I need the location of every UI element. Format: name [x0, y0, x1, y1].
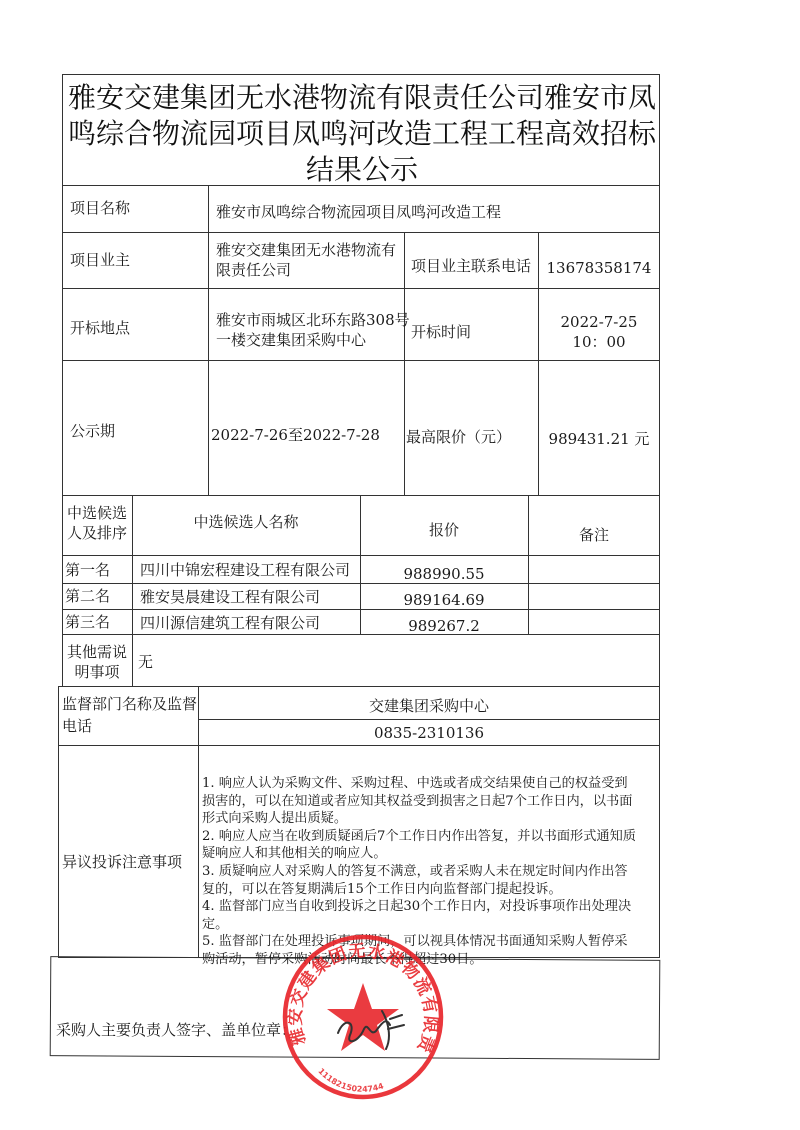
- price-cell: 988990.55: [360, 564, 528, 584]
- title-line: 雅安交建集团无水港物流有限责任公司雅安市凤: [62, 80, 662, 116]
- note-line: 形式向采购人提出质疑。: [202, 810, 662, 828]
- note-line: 疑响应人和其他相关的响应人。: [202, 845, 662, 863]
- page-title: 雅安交建集团无水港物流有限责任公司雅安市凤 鸣综合物流园项目凤鸣河改造工程工程高…: [62, 80, 662, 188]
- project-name-value: 雅安市凤鸣综合物流园项目凤鸣河改造工程: [216, 202, 501, 222]
- bid-time-line: 2022-7-25: [538, 312, 660, 332]
- note-line: 复的，可以在答复期满后15个工作日内向监督部门提起投诉。: [202, 881, 662, 899]
- col-divider: [208, 185, 209, 495]
- price-cell: 989164.69: [360, 590, 528, 610]
- owner-value-line: 限责任公司: [216, 260, 291, 280]
- other-matters-value: 无: [138, 652, 153, 672]
- candidate-name-cell: 四川源信建筑工程有限公司: [140, 613, 320, 633]
- note-line: 1. 响应人认为采购文件、采购过程、中选或者成交结果使自己的权益受到: [202, 775, 662, 793]
- supervision-label-line: 电话: [62, 716, 92, 736]
- rank-cell: 第一名: [65, 560, 110, 580]
- row-divider: [62, 360, 660, 361]
- announcement-page: 雅安交建集团无水港物流有限责任公司雅安市凤 鸣综合物流园项目凤鸣河改造工程工程高…: [0, 0, 800, 1130]
- note-line: 3. 质疑响应人对采购人的答复不满意，或者采购人未在规定时间内作出答: [202, 863, 662, 881]
- project-name-label: 项目名称: [70, 198, 130, 218]
- row-divider: [198, 719, 660, 720]
- row-divider: [62, 555, 660, 556]
- row-divider: [58, 745, 660, 746]
- rank-header-line: 中选候选: [62, 503, 132, 523]
- col-divider: [528, 495, 529, 634]
- notice-period-value: 2022-7-26至2022-7-28: [211, 425, 380, 445]
- max-price-value: 989431.21 元: [538, 429, 660, 449]
- title-line: 结果公示: [62, 152, 662, 188]
- remark-header: 备注: [528, 525, 660, 545]
- notice-period-label: 公示期: [70, 421, 115, 441]
- official-seal: 雅安交建集团无水港物流有限责任公司 1118215024744: [278, 925, 448, 1104]
- bid-location-line: 一楼交建集团采购中心: [216, 330, 366, 350]
- bid-time-line: 10：00: [538, 332, 660, 352]
- row-divider: [62, 288, 660, 289]
- supervision-label-line: 监督部门名称及监督: [62, 694, 197, 714]
- rank-cell: 第三名: [65, 612, 110, 632]
- candidate-name-header: 中选候选人名称: [132, 512, 360, 532]
- candidate-name-cell: 雅安昊晨建设工程有限公司: [140, 587, 320, 607]
- other-matters-label-line: 明事项: [62, 662, 132, 682]
- owner-phone-label: 项目业主联系电话: [411, 256, 531, 276]
- max-price-label: 最高限价（元）: [406, 427, 511, 447]
- supervision-dept: 交建集团采购中心: [198, 696, 660, 716]
- note-line: 4. 监督部门应当自收到投诉之日起30个工作日内，对投诉事项作出处理决: [202, 898, 662, 916]
- bid-location-line: 雅安市雨城区北环东路308号: [216, 310, 410, 330]
- supervision-phone: 0835-2310136: [198, 723, 660, 743]
- rank-header-line: 人及排序: [62, 523, 132, 543]
- owner-phone-value: 13678358174: [538, 258, 660, 278]
- objection-label: 异议投诉注意事项: [62, 852, 182, 872]
- other-matters-label-line: 其他需说: [62, 642, 132, 662]
- row-divider: [62, 232, 660, 233]
- title-line: 鸣综合物流园项目凤鸣河改造工程工程高效招标: [62, 116, 662, 152]
- candidate-name-cell: 四川中锦宏程建设工程有限公司: [140, 560, 350, 580]
- row-divider: [62, 495, 660, 496]
- price-header: 报价: [360, 520, 528, 540]
- note-line: 2. 响应人应当在收到质疑函后7个工作日内作出答复，并以书面形式通知质: [202, 828, 662, 846]
- owner-label: 项目业主: [70, 250, 130, 270]
- bid-location-label: 开标地点: [70, 318, 130, 338]
- owner-value-line: 雅安交建集团无水港物流有: [216, 240, 396, 260]
- bid-time-label: 开标时间: [411, 322, 471, 342]
- signature-label: 采购人主要负责人签字、盖单位章：: [56, 1020, 296, 1040]
- note-line: 损害的，可以在知道或者应知其权益受到损害之日起7个工作日内，以书面: [202, 793, 662, 811]
- col-divider: [404, 232, 405, 495]
- seal-stamp-icon: 雅安交建集团无水港物流有限责任公司 1118215024744: [278, 925, 448, 1100]
- price-cell: 989267.2: [360, 616, 528, 636]
- rank-cell: 第二名: [65, 586, 110, 606]
